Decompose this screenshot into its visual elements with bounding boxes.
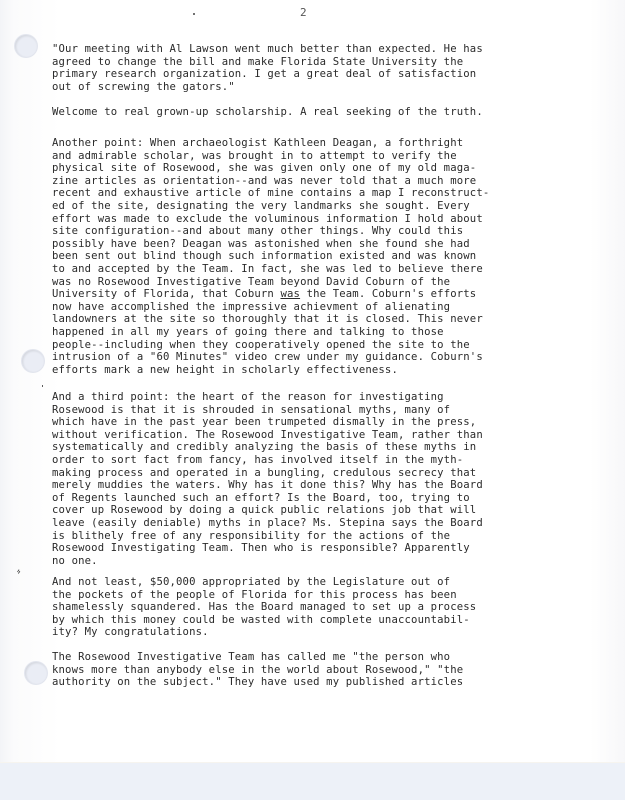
punch-hole-bottom — [25, 662, 47, 684]
text-line: intrusion of a "60 Minutes" video crew u… — [52, 351, 595, 364]
document-page: 2 ⸗ "Our meeting with Al Lawson went muc… — [0, 0, 625, 763]
text-line: recent and exhaustive article of mine co… — [52, 187, 595, 200]
text-line: possibly have been? Deagan was astonishe… — [52, 238, 595, 251]
text-line: site configuration--and about many other… — [52, 225, 595, 238]
text-line: And a third point: the heart of the reas… — [52, 391, 595, 404]
text-line: of Regents launched such an effort? Is t… — [52, 492, 595, 505]
text-line: shamelessly squandered. Has the Board ma… — [52, 601, 595, 614]
text-line: effort was made to exclude the voluminou… — [52, 213, 595, 226]
text-line: efforts mark a new height in scholarly e… — [52, 364, 595, 377]
text-line: zine articles as orientation--and was ne… — [52, 175, 595, 188]
handwritten-mark: ⸗ — [13, 565, 24, 578]
text-line: is blithely free of any responsibility f… — [52, 530, 595, 543]
text-line: been sent out blind though such informat… — [52, 250, 595, 263]
text-line: authority on the subject." They have use… — [52, 676, 595, 689]
text-line: merely muddies the waters. Why has it do… — [52, 479, 595, 492]
text-line: making process and operated in a bunglin… — [52, 467, 595, 480]
text-line: leave (easily deniable) myths in place? … — [52, 517, 595, 530]
text-line: University of Florida, that Coburn was t… — [52, 288, 595, 301]
paragraph-not-least: And not least, $50,000 appropriated by t… — [52, 576, 595, 639]
text-line: Welcome to real grown-up scholarship. A … — [52, 106, 595, 119]
paragraph-quote: "Our meeting with Al Lawson went much be… — [52, 43, 595, 93]
text-line: systematically and credibly analyzing th… — [52, 441, 595, 454]
text-line: happened in all my years of going there … — [52, 326, 595, 339]
text-line: physical site of Rosewood, she was given… — [52, 162, 595, 175]
punch-hole-middle — [22, 350, 44, 372]
text-line: without verification. The Rosewood Inves… — [52, 429, 595, 442]
scan-speck — [42, 385, 43, 387]
text-line: agreed to change the bill and make Flori… — [52, 56, 595, 69]
text-line: people--including when they cooperativel… — [52, 339, 595, 352]
text-line: now have accomplished the impressive ach… — [52, 301, 595, 314]
text-line: And not least, $50,000 appropriated by t… — [52, 576, 595, 589]
text-line: order to sort fact from fancy, has invol… — [52, 454, 595, 467]
text-line: cover up Rosewood by doing a quick publi… — [52, 504, 595, 517]
text-line: Another point: When archaeologist Kathle… — [52, 137, 595, 150]
paragraph-another-point: Another point: When archaeologist Kathle… — [52, 137, 595, 376]
paragraph-investigative-team: The Rosewood Investigative Team has call… — [52, 651, 595, 689]
text-line: "Our meeting with Al Lawson went much be… — [52, 43, 595, 56]
text-line: Rosewood Investigating Team. Then who is… — [52, 542, 595, 555]
text-line: and admirable scholar, was brought in to… — [52, 150, 595, 163]
text-line: knows more than anybody else in the worl… — [52, 664, 595, 677]
text-line: which have in the past year been trumpet… — [52, 416, 595, 429]
text-line: the pockets of the people of Florida for… — [52, 589, 595, 602]
text-line: ed of the site, designating the very lan… — [52, 200, 595, 213]
text-line: ity? My congratulations. — [52, 626, 595, 639]
text-line: landowners at the site so thoroughly tha… — [52, 313, 595, 326]
paragraph-welcome: Welcome to real grown-up scholarship. A … — [52, 106, 595, 119]
page-number: 2 — [300, 6, 307, 19]
text-line: was no Rosewood Investigative Team beyon… — [52, 276, 595, 289]
paragraph-third-point: And a third point: the heart of the reas… — [52, 391, 595, 567]
scan-speck — [193, 13, 195, 15]
text-line: out of screwing the gators." — [52, 81, 595, 94]
text-line: by which this money could be wasted with… — [52, 614, 595, 627]
text-line: The Rosewood Investigative Team has call… — [52, 651, 595, 664]
text-line: Rosewood is that it is shrouded in sensa… — [52, 404, 595, 417]
text-line: primary research organization. I get a g… — [52, 68, 595, 81]
punch-hole-top — [15, 35, 37, 57]
text-line: to and accepted by the Team. In fact, sh… — [52, 263, 595, 276]
text-line: no one. — [52, 555, 595, 568]
